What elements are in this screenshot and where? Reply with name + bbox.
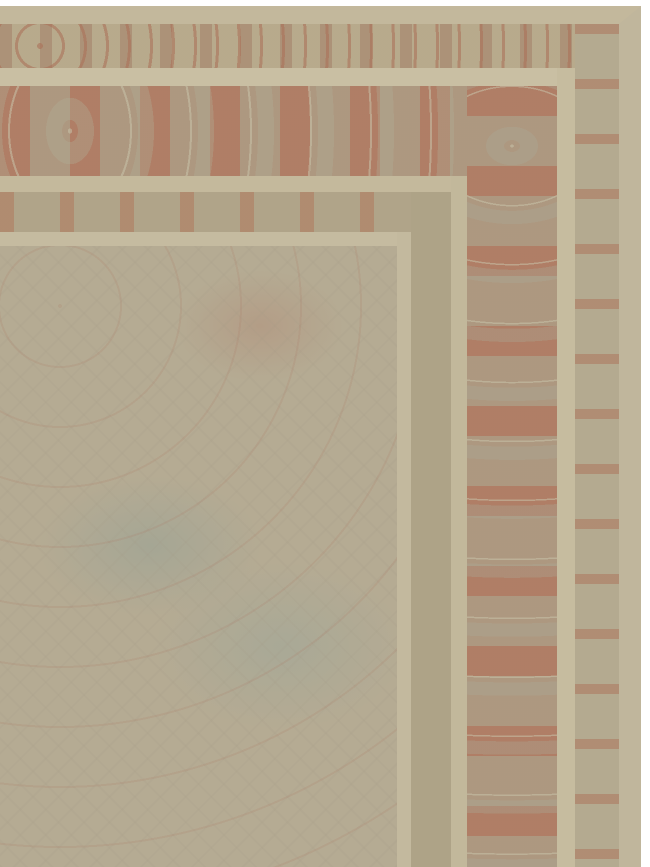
field-guard-top — [0, 232, 411, 246]
main-border-right — [467, 86, 557, 867]
field-guard-right — [397, 232, 411, 867]
outer-vine-border-top — [0, 24, 619, 68]
inner-stripe-right — [451, 176, 467, 867]
minor-border-top — [0, 192, 451, 232]
minor-border-right — [411, 192, 451, 867]
light-stripe-top — [0, 68, 575, 86]
outer-vine-border-right — [575, 24, 619, 867]
inner-stripe-top — [0, 176, 467, 192]
rug-photo — [0, 6, 641, 867]
rug-field — [0, 246, 397, 867]
image-alt-text: Close view of the corner of a faded anti… — [0, 0, 1, 1]
light-stripe-right — [557, 68, 575, 867]
